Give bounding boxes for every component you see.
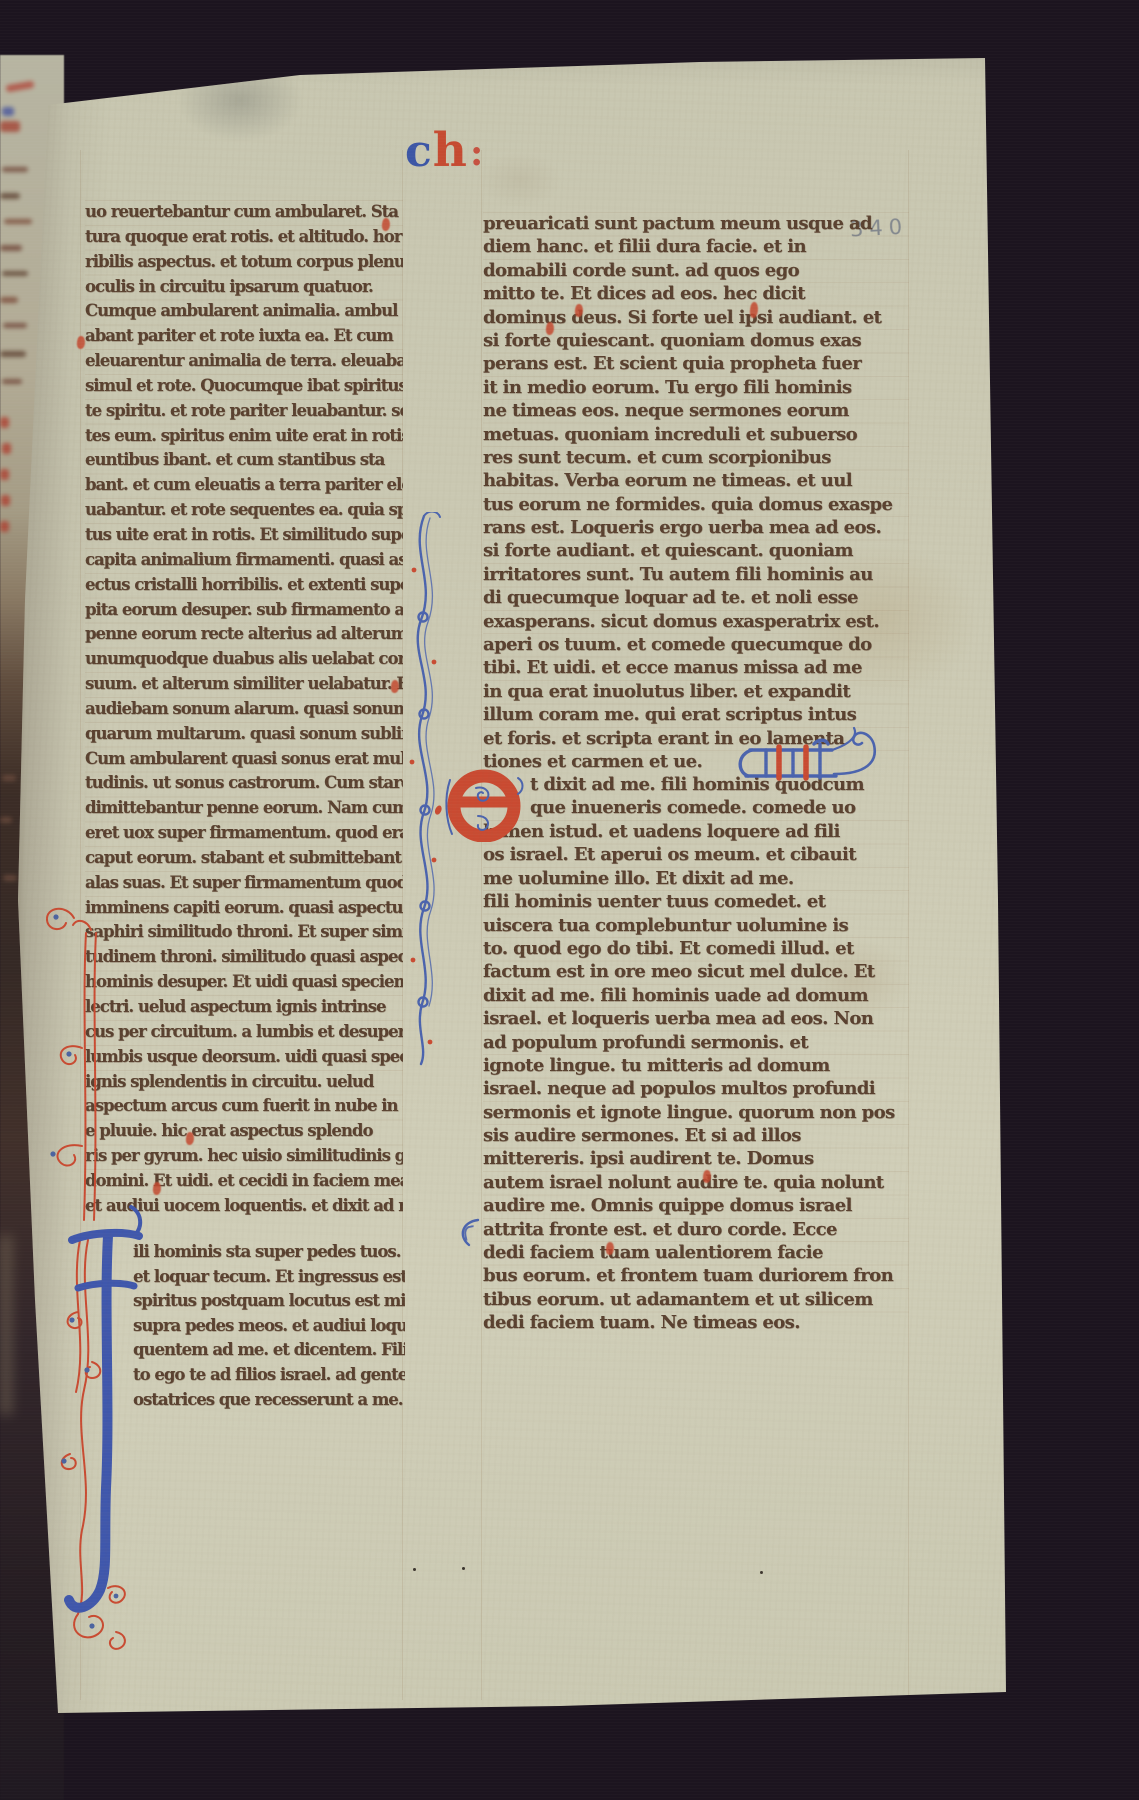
text-line: si forte audiant. et quiescant. quoniam — [483, 539, 909, 562]
text-line: abant pariter et rote iuxta ea. Et cum — [85, 324, 403, 349]
text-line: suum. et alterum similiter uelabatur. Et — [85, 672, 403, 697]
text-line: uo reuertebantur cum ambularet. Sta — [85, 200, 403, 225]
text-line: irritatores sunt. Tu autem fili hominis … — [483, 563, 909, 586]
text-line: lumen istud. et uadens loquere ad fili — [483, 820, 909, 843]
facing-text-smudge — [3, 323, 27, 328]
text-line: diem hanc. et filii dura facie. et in — [483, 235, 909, 258]
chapter-numeral-penwork — [734, 726, 886, 804]
text-line: dedi faciem tuam. Ne timeas eos. — [483, 1311, 909, 1334]
running-header-colon: : — [470, 132, 483, 174]
text-line: ribilis aspectus. et totum corpus plenum — [85, 250, 403, 275]
facing-rubric-smudge — [0, 521, 9, 532]
text-line: oculis in circuitu ipsarum quatuor. — [85, 275, 403, 300]
text-line: euntibus ibant. et cum stantibus sta — [85, 448, 403, 473]
facing-text-smudge — [0, 351, 26, 357]
text-line: perans est. Et scient quia propheta fuer — [483, 352, 909, 375]
running-header-letter-red: h — [433, 128, 467, 174]
text-line: ne timeas eos. neque sermones eorum — [483, 399, 909, 422]
text-line: audire me. Omnis quippe domus israel — [483, 1194, 909, 1217]
facing-rubric-smudge — [0, 417, 9, 428]
text-line: ostatrices que recesserunt a me. patres … — [133, 1388, 405, 1413]
text-line: eleuarentur animalia de terra. eleuabant — [85, 349, 403, 374]
text-line: quarum multarum. quasi sonum sublimis di… — [85, 722, 403, 747]
initial-e — [442, 768, 526, 842]
text-line: illum coram me. qui erat scriptus intus — [483, 703, 909, 726]
facing-text-smudge — [2, 271, 28, 276]
text-line: tibus eorum. ut adamantem et ut silicem — [483, 1288, 909, 1311]
text-line: capita animalium firmamenti. quasi asp — [85, 548, 403, 573]
text-column-right: preuaricati sunt pactum meum usque addie… — [483, 212, 909, 773]
text-line: di quecumque loquar ad te. et noli esse — [483, 586, 909, 609]
text-line: in qua erat inuolutus liber. et expandit — [483, 680, 909, 703]
text-line: bant. et cum eleuatis a terra pariter el… — [85, 473, 403, 498]
text-line: mittereris. ipsi audirent te. Domus — [483, 1147, 909, 1170]
facing-text-smudge — [3, 875, 17, 881]
text-line: te spiritu. et rote pariter leuabantur. … — [85, 399, 403, 424]
ruling-line — [481, 150, 482, 1700]
text-line: preuaricati sunt pactum meum usque ad — [483, 212, 909, 235]
text-line: ectus cristalli horribilis. et extenti s… — [85, 573, 403, 598]
text-line: Cumque ambularent animalia. ambul — [85, 299, 403, 324]
text-line: metuas. quoniam increduli et subuerso — [483, 423, 909, 446]
facing-text-smudge — [0, 193, 20, 199]
facing-page-sliver — [0, 1235, 12, 1415]
facing-text-smudge — [2, 167, 28, 172]
text-line: penne eorum recte alterius ad alterum. — [85, 622, 403, 647]
text-line: exasperans. sicut domus exasperatrix est… — [483, 610, 909, 633]
pricking-dot — [760, 1571, 763, 1574]
text-line: dedi faciem tuam ualentiorem facie — [483, 1241, 909, 1264]
text-line: sis audire sermones. Et si ad illos — [483, 1124, 909, 1147]
text-column-right-after-initial: lumen istud. et uadens loquere ad filios… — [483, 820, 909, 1335]
facing-text-smudge — [2, 379, 22, 384]
text-line: uabantur. et rote sequentes ea. quia spi… — [85, 498, 403, 523]
text-line: habitas. Verba eorum ne timeas. et uul — [483, 469, 909, 492]
text-line: israel. et loqueris uerba mea ad eos. No… — [483, 1007, 909, 1030]
text-line: to ego te ad filios israel. ad gentes ap — [133, 1363, 405, 1388]
text-line: israel. neque ad populos multos profundi — [483, 1077, 909, 1100]
text-line: bus eorum. et frontem tuam duriorem fron — [483, 1264, 909, 1287]
text-line: sermonis et ignote lingue. quorum non po… — [483, 1101, 909, 1124]
text-line: mitto te. Et dices ad eos. hec dicit — [483, 282, 909, 305]
facing-rubric-smudge — [0, 469, 9, 480]
pricking-dot — [413, 1568, 416, 1571]
facing-header-smudge — [6, 81, 35, 93]
facing-rubric-smudge — [1, 495, 10, 506]
text-line: attrita fronte est. et duro corde. Ecce — [483, 1218, 909, 1241]
text-line: audiebam sonum alarum. quasi sonum a — [85, 697, 403, 722]
facing-text-smudge — [2, 775, 16, 781]
text-line: ili hominis sta super pedes tuos. — [133, 1240, 405, 1265]
text-line: tus uite erat in rotis. Et similitudo su… — [85, 523, 403, 548]
facing-header-smudge — [0, 121, 20, 132]
facing-text-smudge — [0, 817, 12, 823]
text-line: rans est. Loqueris ergo uerba mea ad eos… — [483, 516, 909, 539]
text-line: supra pedes meos. et audiui loquentem lo — [133, 1314, 405, 1339]
text-line: autem israel nolunt audire te. quia nolu… — [483, 1171, 909, 1194]
manuscript-page: c h : 340 uo reuertebantur cum ambularet… — [0, 0, 1139, 1800]
running-header-letter-blue: c — [405, 130, 432, 174]
text-line: tibi. Et uidi. et ecce manus missa ad me — [483, 656, 909, 679]
text-line: tus eorum ne formides. quia domus exaspe — [483, 493, 909, 516]
facing-text-smudge — [4, 219, 32, 224]
text-line: eret uox super firmamentum. quod erat su… — [85, 821, 403, 846]
text-line: tes eum. spiritus enim uite erat in roti… — [85, 424, 403, 449]
facing-rubric-smudge — [2, 443, 11, 454]
text-line: dimittebantur penne eorum. Nam cum fi — [85, 796, 403, 821]
text-line: tudinis. ut sonus castrorum. Cum starent — [85, 771, 403, 796]
text-line: me uolumine illo. Et dixit ad me. — [483, 867, 909, 890]
text-line: tura quoque erat rotis. et altitudo. hor — [85, 225, 403, 250]
text-line: dixit ad me. fili hominis uade ad domum — [483, 984, 909, 1007]
text-line: os israel. Et aperui os meum. et cibauit — [483, 843, 909, 866]
text-line: spiritus postquam locutus est mihi. et s… — [133, 1289, 405, 1314]
text-line: ignote lingue. tu mitteris ad domum — [483, 1054, 909, 1077]
text-line: aperi os tuum. et comede quecumque do — [483, 633, 909, 656]
text-line: et loquar tecum. Et ingressus est in me — [133, 1265, 405, 1290]
text-line: unumquodque duabus alis uelabat corpus — [85, 647, 403, 672]
text-line: uiscera tua complebuntur uolumine is — [483, 914, 909, 937]
text-line: ad populum profundi sermonis. et — [483, 1031, 909, 1054]
text-line: it in medio eorum. Tu ergo fili hominis — [483, 376, 909, 399]
text-line: pita eorum desuper. sub firmamento aut — [85, 598, 403, 623]
pricking-dot — [462, 1567, 465, 1570]
text-line: simul et rote. Quocumque ibat spiritus i… — [85, 374, 403, 399]
text-column-left-indented: ili hominis sta super pedes tuos.et loqu… — [133, 1240, 405, 1412]
text-line: quentem ad me. et dicentem. Fili hominis… — [133, 1338, 405, 1363]
running-header: c h : — [405, 112, 483, 174]
text-line: to. quod ego do tibi. Et comedi illud. e… — [483, 937, 909, 960]
manuscript-photo: c h : 340 uo reuertebantur cum ambularet… — [0, 0, 1139, 1800]
facing-text-smudge — [0, 297, 18, 303]
text-line: fili hominis uenter tuus comedet. et — [483, 890, 909, 913]
text-line: caput eorum. stabant et submittebant — [85, 846, 403, 871]
gutter-penwork-flourish — [400, 512, 446, 1068]
text-line: Cum ambularent quasi sonus erat multi — [85, 747, 403, 772]
text-line: domabili corde sunt. ad quos ego — [483, 259, 909, 282]
facing-text-smudge — [0, 245, 22, 251]
text-line: res sunt tecum. et cum scorpionibus — [483, 446, 909, 469]
facing-header-smudge — [2, 107, 14, 116]
text-line: factum est in ore meo sicut mel dulce. E… — [483, 960, 909, 983]
